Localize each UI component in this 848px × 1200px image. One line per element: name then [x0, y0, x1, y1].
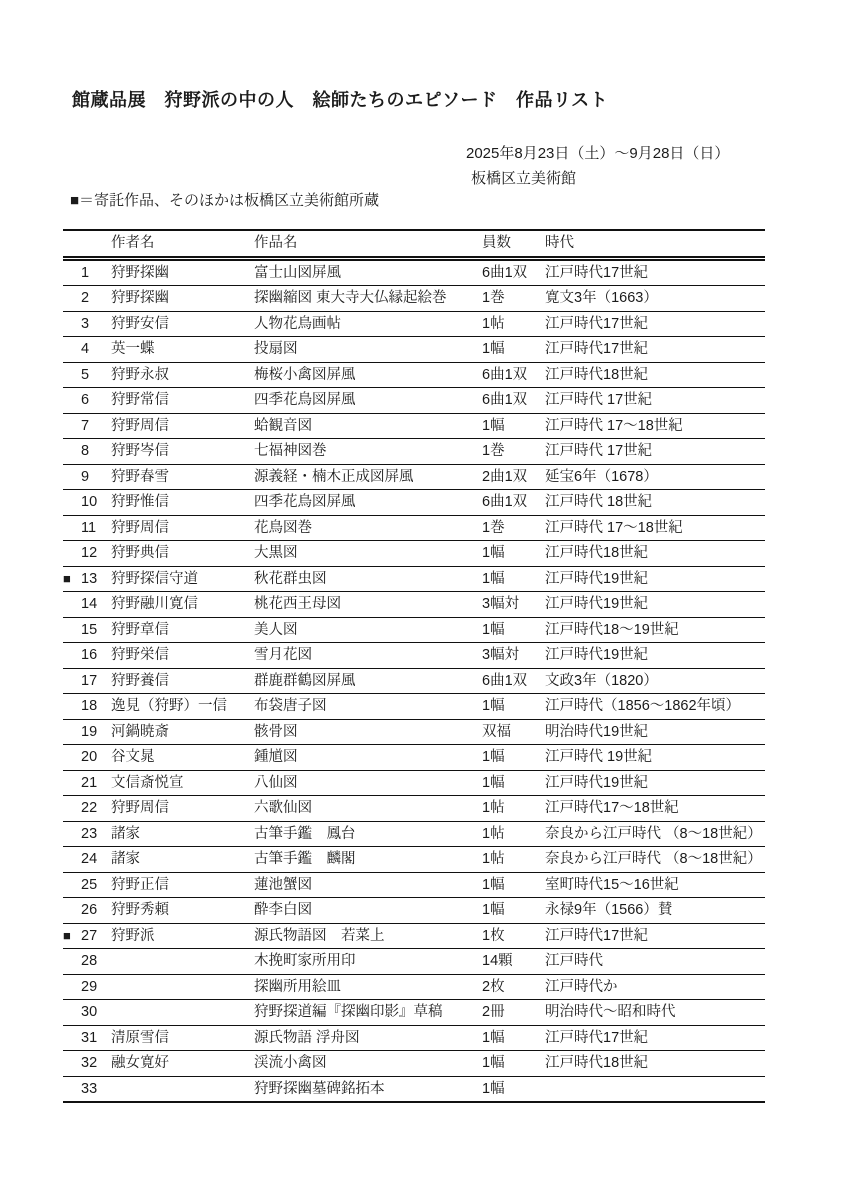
- quantity: 1巻: [482, 439, 545, 465]
- quantity: 6曲1双: [482, 490, 545, 516]
- work-title: 布袋唐子図: [254, 694, 482, 720]
- row-number: 15: [81, 617, 111, 643]
- work-title: 蛤観音図: [254, 413, 482, 439]
- exhibition-dates: 2025年8月23日（土）～9月28日（日）: [466, 141, 729, 166]
- era: 江戸時代17～18世紀: [545, 796, 765, 822]
- era: 江戸時代: [545, 949, 765, 975]
- work-title: 花鳥図巻: [254, 515, 482, 541]
- work-title: 源義経・楠木正成図屏風: [254, 464, 482, 490]
- era: 江戸時代 17～18世紀: [545, 515, 765, 541]
- header-marker-spacer: [63, 230, 81, 258]
- artist-name: 狩野探信守道: [111, 566, 254, 592]
- table-row: 15狩野章信美人図1幅江戸時代18～19世紀: [63, 617, 765, 643]
- era: 江戸時代18世紀: [545, 1051, 765, 1077]
- deposit-marker: [63, 617, 81, 643]
- era: 延宝6年（1678）: [545, 464, 765, 490]
- table-row: 18逸見（狩野）一信布袋唐子図1幅江戸時代（1856～1862年頃）: [63, 694, 765, 720]
- deposit-marker: [63, 719, 81, 745]
- quantity: 1巻: [482, 515, 545, 541]
- era: 江戸時代17世紀: [545, 311, 765, 337]
- row-number: 27: [81, 923, 111, 949]
- quantity: 1帖: [482, 821, 545, 847]
- table-row: 28木挽町家所用印14顆江戸時代: [63, 949, 765, 975]
- quantity: 6曲1双: [482, 362, 545, 388]
- table-row: 9狩野春雪源義経・楠木正成図屏風2曲1双延宝6年（1678）: [63, 464, 765, 490]
- row-number: 18: [81, 694, 111, 720]
- work-title: 狩野探幽墓碑銘拓本: [254, 1076, 482, 1102]
- deposit-marker: [63, 362, 81, 388]
- work-title: 七福神図巻: [254, 439, 482, 465]
- artist-name: 諸家: [111, 821, 254, 847]
- artist-name: 狩野探幽: [111, 258, 254, 286]
- artist-name: 文信斎悦宣: [111, 770, 254, 796]
- work-title: 群鹿群鶴図屏風: [254, 668, 482, 694]
- table-row: 33狩野探幽墓碑銘拓本1幅: [63, 1076, 765, 1102]
- deposit-marker: ■: [63, 923, 81, 949]
- work-title: 四季花鳥図屏風: [254, 490, 482, 516]
- table-row: 2狩野探幽探幽縮図 東大寺大仏縁起絵巻1巻寛文3年（1663）: [63, 286, 765, 312]
- era: 永禄9年（1566）賛: [545, 898, 765, 924]
- work-title: 鍾馗図: [254, 745, 482, 771]
- artist-name: 狩野惟信: [111, 490, 254, 516]
- row-number: 8: [81, 439, 111, 465]
- artist-name: 狩野安信: [111, 311, 254, 337]
- table-row: 22狩野周信六歌仙図1帖江戸時代17～18世紀: [63, 796, 765, 822]
- work-title: 雪月花図: [254, 643, 482, 669]
- row-number: 14: [81, 592, 111, 618]
- artist-name: 狩野正信: [111, 872, 254, 898]
- row-number: 31: [81, 1025, 111, 1051]
- row-number: 7: [81, 413, 111, 439]
- row-number: 16: [81, 643, 111, 669]
- quantity: 1幅: [482, 566, 545, 592]
- artist-name: 英一蝶: [111, 337, 254, 363]
- work-title: 大黒図: [254, 541, 482, 567]
- era: 江戸時代 19世紀: [545, 745, 765, 771]
- quantity: 2冊: [482, 1000, 545, 1026]
- quantity: 1帖: [482, 847, 545, 873]
- artist-name: 狩野周信: [111, 515, 254, 541]
- era: 江戸時代19世紀: [545, 592, 765, 618]
- row-number: 23: [81, 821, 111, 847]
- era: 奈良から江戸時代 （8～18世紀）: [545, 821, 765, 847]
- table-row: 19河鍋暁斎骸骨図双福明治時代19世紀: [63, 719, 765, 745]
- artist-name: 狩野永叔: [111, 362, 254, 388]
- work-title: 桃花西王母図: [254, 592, 482, 618]
- table-row: 21文信斎悦宣八仙図1幅江戸時代19世紀: [63, 770, 765, 796]
- work-title: 蓮池蟹図: [254, 872, 482, 898]
- row-number: 25: [81, 872, 111, 898]
- artist-name: 狩野典信: [111, 541, 254, 567]
- table-row: 25狩野正信蓮池蟹図1幅室町時代15～16世紀: [63, 872, 765, 898]
- table-row: 17狩野養信群鹿群鶴図屏風6曲1双文政3年（1820）: [63, 668, 765, 694]
- era: 寛文3年（1663）: [545, 286, 765, 312]
- table-row: 30狩野探道編『探幽印影』草稿2冊明治時代～昭和時代: [63, 1000, 765, 1026]
- era: 明治時代～昭和時代: [545, 1000, 765, 1026]
- work-title: 富士山図屏風: [254, 258, 482, 286]
- deposit-marker: [63, 413, 81, 439]
- row-number: 32: [81, 1051, 111, 1077]
- era: 江戸時代 18世紀: [545, 490, 765, 516]
- artist-name: 狩野派: [111, 923, 254, 949]
- artist-name: 清原雪信: [111, 1025, 254, 1051]
- artist-name: 狩野春雪: [111, 464, 254, 490]
- exhibition-title: 館蔵品展 狩野派の中の人 絵師たちのエピソード 作品リスト: [72, 86, 608, 112]
- quantity: 3幅対: [482, 643, 545, 669]
- quantity: 6曲1双: [482, 258, 545, 286]
- era: 江戸時代17世紀: [545, 1025, 765, 1051]
- artist-name: [111, 1000, 254, 1026]
- era: [545, 1076, 765, 1102]
- era: 明治時代19世紀: [545, 719, 765, 745]
- artist-name: 狩野岑信: [111, 439, 254, 465]
- era: 江戸時代18～19世紀: [545, 617, 765, 643]
- era: 江戸時代19世紀: [545, 770, 765, 796]
- row-number: 17: [81, 668, 111, 694]
- table-row: 6狩野常信四季花鳥図屏風6曲1双江戸時代 17世紀: [63, 388, 765, 414]
- deposit-marker: [63, 974, 81, 1000]
- deposit-marker: [63, 898, 81, 924]
- row-number: 29: [81, 974, 111, 1000]
- row-number: 28: [81, 949, 111, 975]
- row-number: 4: [81, 337, 111, 363]
- era: 江戸時代17世紀: [545, 337, 765, 363]
- deposit-marker: [63, 796, 81, 822]
- quantity: 1幅: [482, 1076, 545, 1102]
- row-number: 6: [81, 388, 111, 414]
- table-row: 3狩野安信人物花鳥画帖1帖江戸時代17世紀: [63, 311, 765, 337]
- deposit-marker: ■: [63, 566, 81, 592]
- artist-name: 狩野養信: [111, 668, 254, 694]
- quantity: 1幅: [482, 541, 545, 567]
- table-header: 作者名 作品名 員数 時代: [63, 230, 765, 258]
- deposit-marker: [63, 311, 81, 337]
- era: 江戸時代19世紀: [545, 566, 765, 592]
- deposit-marker: [63, 770, 81, 796]
- header-number-spacer: [81, 230, 111, 258]
- header-row: 作者名 作品名 員数 時代: [63, 230, 765, 258]
- quantity: 1帖: [482, 796, 545, 822]
- row-number: 19: [81, 719, 111, 745]
- table-row: 14狩野融川寛信桃花西王母図3幅対江戸時代19世紀: [63, 592, 765, 618]
- table-row: 24諸家古筆手鑑 麟閣1帖奈良から江戸時代 （8～18世紀）: [63, 847, 765, 873]
- work-title: 酔李白図: [254, 898, 482, 924]
- work-title: 骸骨図: [254, 719, 482, 745]
- row-number: 2: [81, 286, 111, 312]
- work-title: 木挽町家所用印: [254, 949, 482, 975]
- work-title: 源氏物語 浮舟図: [254, 1025, 482, 1051]
- table-row: 5狩野永叔梅桜小禽図屏風6曲1双江戸時代18世紀: [63, 362, 765, 388]
- quantity: 1幅: [482, 898, 545, 924]
- deposit-marker: [63, 464, 81, 490]
- artist-name: 狩野周信: [111, 796, 254, 822]
- row-number: 10: [81, 490, 111, 516]
- row-number: 24: [81, 847, 111, 873]
- era: 江戸時代18世紀: [545, 541, 765, 567]
- date-block: 2025年8月23日（土）～9月28日（日） 板橋区立美術館: [466, 141, 729, 191]
- era: 江戸時代（1856～1862年頃）: [545, 694, 765, 720]
- quantity: 1幅: [482, 872, 545, 898]
- quantity: 双福: [482, 719, 545, 745]
- work-title: 探幽縮図 東大寺大仏縁起絵巻: [254, 286, 482, 312]
- row-number: 13: [81, 566, 111, 592]
- artist-name: 狩野秀頼: [111, 898, 254, 924]
- table-row: 32融女寛好渓流小禽図1幅江戸時代18世紀: [63, 1051, 765, 1077]
- artist-name: 融女寛好: [111, 1051, 254, 1077]
- era: 江戸時代17世紀: [545, 923, 765, 949]
- row-number: 9: [81, 464, 111, 490]
- row-number: 5: [81, 362, 111, 388]
- deposit-marker: [63, 668, 81, 694]
- table-row: ■27狩野派源氏物語図 若菜上1枚江戸時代17世紀: [63, 923, 765, 949]
- work-title: 人物花鳥画帖: [254, 311, 482, 337]
- table-row: 7狩野周信蛤観音図1幅江戸時代 17～18世紀: [63, 413, 765, 439]
- quantity: 1幅: [482, 413, 545, 439]
- header-artist: 作者名: [111, 230, 254, 258]
- work-title: 四季花鳥図屏風: [254, 388, 482, 414]
- artist-name: 狩野章信: [111, 617, 254, 643]
- work-title: 六歌仙図: [254, 796, 482, 822]
- row-number: 33: [81, 1076, 111, 1102]
- row-number: 21: [81, 770, 111, 796]
- quantity: 1幅: [482, 694, 545, 720]
- quantity: 1幅: [482, 770, 545, 796]
- table-row: 29探幽所用絵皿2枚江戸時代か: [63, 974, 765, 1000]
- table-row: ■13狩野探信守道秋花群虫図1幅江戸時代19世紀: [63, 566, 765, 592]
- header-qty: 員数: [482, 230, 545, 258]
- work-title: 梅桜小禽図屏風: [254, 362, 482, 388]
- work-title: 八仙図: [254, 770, 482, 796]
- deposit-note: ■＝寄託作品、そのほかは板橋区立美術館所蔵: [70, 189, 379, 210]
- work-title: 秋花群虫図: [254, 566, 482, 592]
- deposit-marker: [63, 1025, 81, 1051]
- deposit-marker: [63, 949, 81, 975]
- era: 江戸時代19世紀: [545, 643, 765, 669]
- era: 奈良から江戸時代 （8～18世紀）: [545, 847, 765, 873]
- era: 江戸時代 17世紀: [545, 388, 765, 414]
- artist-name: 狩野周信: [111, 413, 254, 439]
- quantity: 14顆: [482, 949, 545, 975]
- table-row: 31清原雪信源氏物語 浮舟図1幅江戸時代17世紀: [63, 1025, 765, 1051]
- table-row: 1狩野探幽富士山図屏風6曲1双江戸時代17世紀: [63, 258, 765, 286]
- artist-name: 河鍋暁斎: [111, 719, 254, 745]
- deposit-marker: [63, 490, 81, 516]
- table-row: 11狩野周信花鳥図巻1巻江戸時代 17～18世紀: [63, 515, 765, 541]
- deposit-marker: [63, 439, 81, 465]
- quantity: 1幅: [482, 745, 545, 771]
- artist-name: [111, 974, 254, 1000]
- era: 江戸時代18世紀: [545, 362, 765, 388]
- work-title: 探幽所用絵皿: [254, 974, 482, 1000]
- table-row: 8狩野岑信七福神図巻1巻江戸時代 17世紀: [63, 439, 765, 465]
- artist-name: [111, 1076, 254, 1102]
- row-number: 22: [81, 796, 111, 822]
- row-number: 3: [81, 311, 111, 337]
- table-row: 10狩野惟信四季花鳥図屏風6曲1双江戸時代 18世紀: [63, 490, 765, 516]
- artist-name: 逸見（狩野）一信: [111, 694, 254, 720]
- quantity: 6曲1双: [482, 388, 545, 414]
- work-list-table: 作者名 作品名 員数 時代 1狩野探幽富士山図屏風6曲1双江戸時代17世紀2狩野…: [63, 229, 765, 1103]
- deposit-marker: [63, 745, 81, 771]
- era: 室町時代15～16世紀: [545, 872, 765, 898]
- table-row: 20谷文晁鍾馗図1幅江戸時代 19世紀: [63, 745, 765, 771]
- quantity: 1幅: [482, 337, 545, 363]
- header-era: 時代: [545, 230, 765, 258]
- deposit-marker: [63, 643, 81, 669]
- deposit-marker: [63, 286, 81, 312]
- quantity: 1帖: [482, 311, 545, 337]
- deposit-marker: [63, 872, 81, 898]
- work-title: 渓流小禽図: [254, 1051, 482, 1077]
- artist-name: 狩野栄信: [111, 643, 254, 669]
- quantity: 1枚: [482, 923, 545, 949]
- deposit-marker: [63, 847, 81, 873]
- deposit-marker: [63, 821, 81, 847]
- deposit-marker: [63, 388, 81, 414]
- deposit-marker: [63, 1076, 81, 1102]
- quantity: 1幅: [482, 617, 545, 643]
- row-number: 1: [81, 258, 111, 286]
- quantity: 1巻: [482, 286, 545, 312]
- quantity: 6曲1双: [482, 668, 545, 694]
- era: 江戸時代 17～18世紀: [545, 413, 765, 439]
- quantity: 1幅: [482, 1025, 545, 1051]
- era: 江戸時代17世紀: [545, 258, 765, 286]
- deposit-marker: [63, 515, 81, 541]
- work-title: 源氏物語図 若菜上: [254, 923, 482, 949]
- deposit-marker: [63, 337, 81, 363]
- work-title: 狩野探道編『探幽印影』草稿: [254, 1000, 482, 1026]
- row-number: 12: [81, 541, 111, 567]
- artist-name: 狩野探幽: [111, 286, 254, 312]
- table-row: 4英一蝶投扇図1幅江戸時代17世紀: [63, 337, 765, 363]
- quantity: 1幅: [482, 1051, 545, 1077]
- artist-name: 諸家: [111, 847, 254, 873]
- deposit-marker: [63, 1000, 81, 1026]
- era: 文政3年（1820）: [545, 668, 765, 694]
- work-title: 投扇図: [254, 337, 482, 363]
- work-title: 古筆手鑑 麟閣: [254, 847, 482, 873]
- row-number: 20: [81, 745, 111, 771]
- artist-name: [111, 949, 254, 975]
- row-number: 11: [81, 515, 111, 541]
- artist-name: 狩野常信: [111, 388, 254, 414]
- quantity: 3幅対: [482, 592, 545, 618]
- table-row: 23諸家古筆手鑑 鳳台1帖奈良から江戸時代 （8～18世紀）: [63, 821, 765, 847]
- work-title: 古筆手鑑 鳳台: [254, 821, 482, 847]
- venue-name: 板橋区立美術館: [466, 166, 729, 191]
- row-number: 30: [81, 1000, 111, 1026]
- row-number: 26: [81, 898, 111, 924]
- era: 江戸時代 17世紀: [545, 439, 765, 465]
- table-row: 26狩野秀頼酔李白図1幅永禄9年（1566）賛: [63, 898, 765, 924]
- header-work: 作品名: [254, 230, 482, 258]
- deposit-marker: [63, 694, 81, 720]
- deposit-marker: [63, 1051, 81, 1077]
- work-title: 美人図: [254, 617, 482, 643]
- artist-name: 谷文晁: [111, 745, 254, 771]
- deposit-marker: [63, 592, 81, 618]
- deposit-marker: [63, 541, 81, 567]
- artist-name: 狩野融川寛信: [111, 592, 254, 618]
- era: 江戸時代か: [545, 974, 765, 1000]
- quantity: 2曲1双: [482, 464, 545, 490]
- deposit-marker: [63, 258, 81, 286]
- table-row: 16狩野栄信雪月花図3幅対江戸時代19世紀: [63, 643, 765, 669]
- table-body: 1狩野探幽富士山図屏風6曲1双江戸時代17世紀2狩野探幽探幽縮図 東大寺大仏縁起…: [63, 258, 765, 1102]
- table-row: 12狩野典信大黒図1幅江戸時代18世紀: [63, 541, 765, 567]
- quantity: 2枚: [482, 974, 545, 1000]
- document-page: 館蔵品展 狩野派の中の人 絵師たちのエピソード 作品リスト 2025年8月23日…: [0, 0, 848, 1200]
